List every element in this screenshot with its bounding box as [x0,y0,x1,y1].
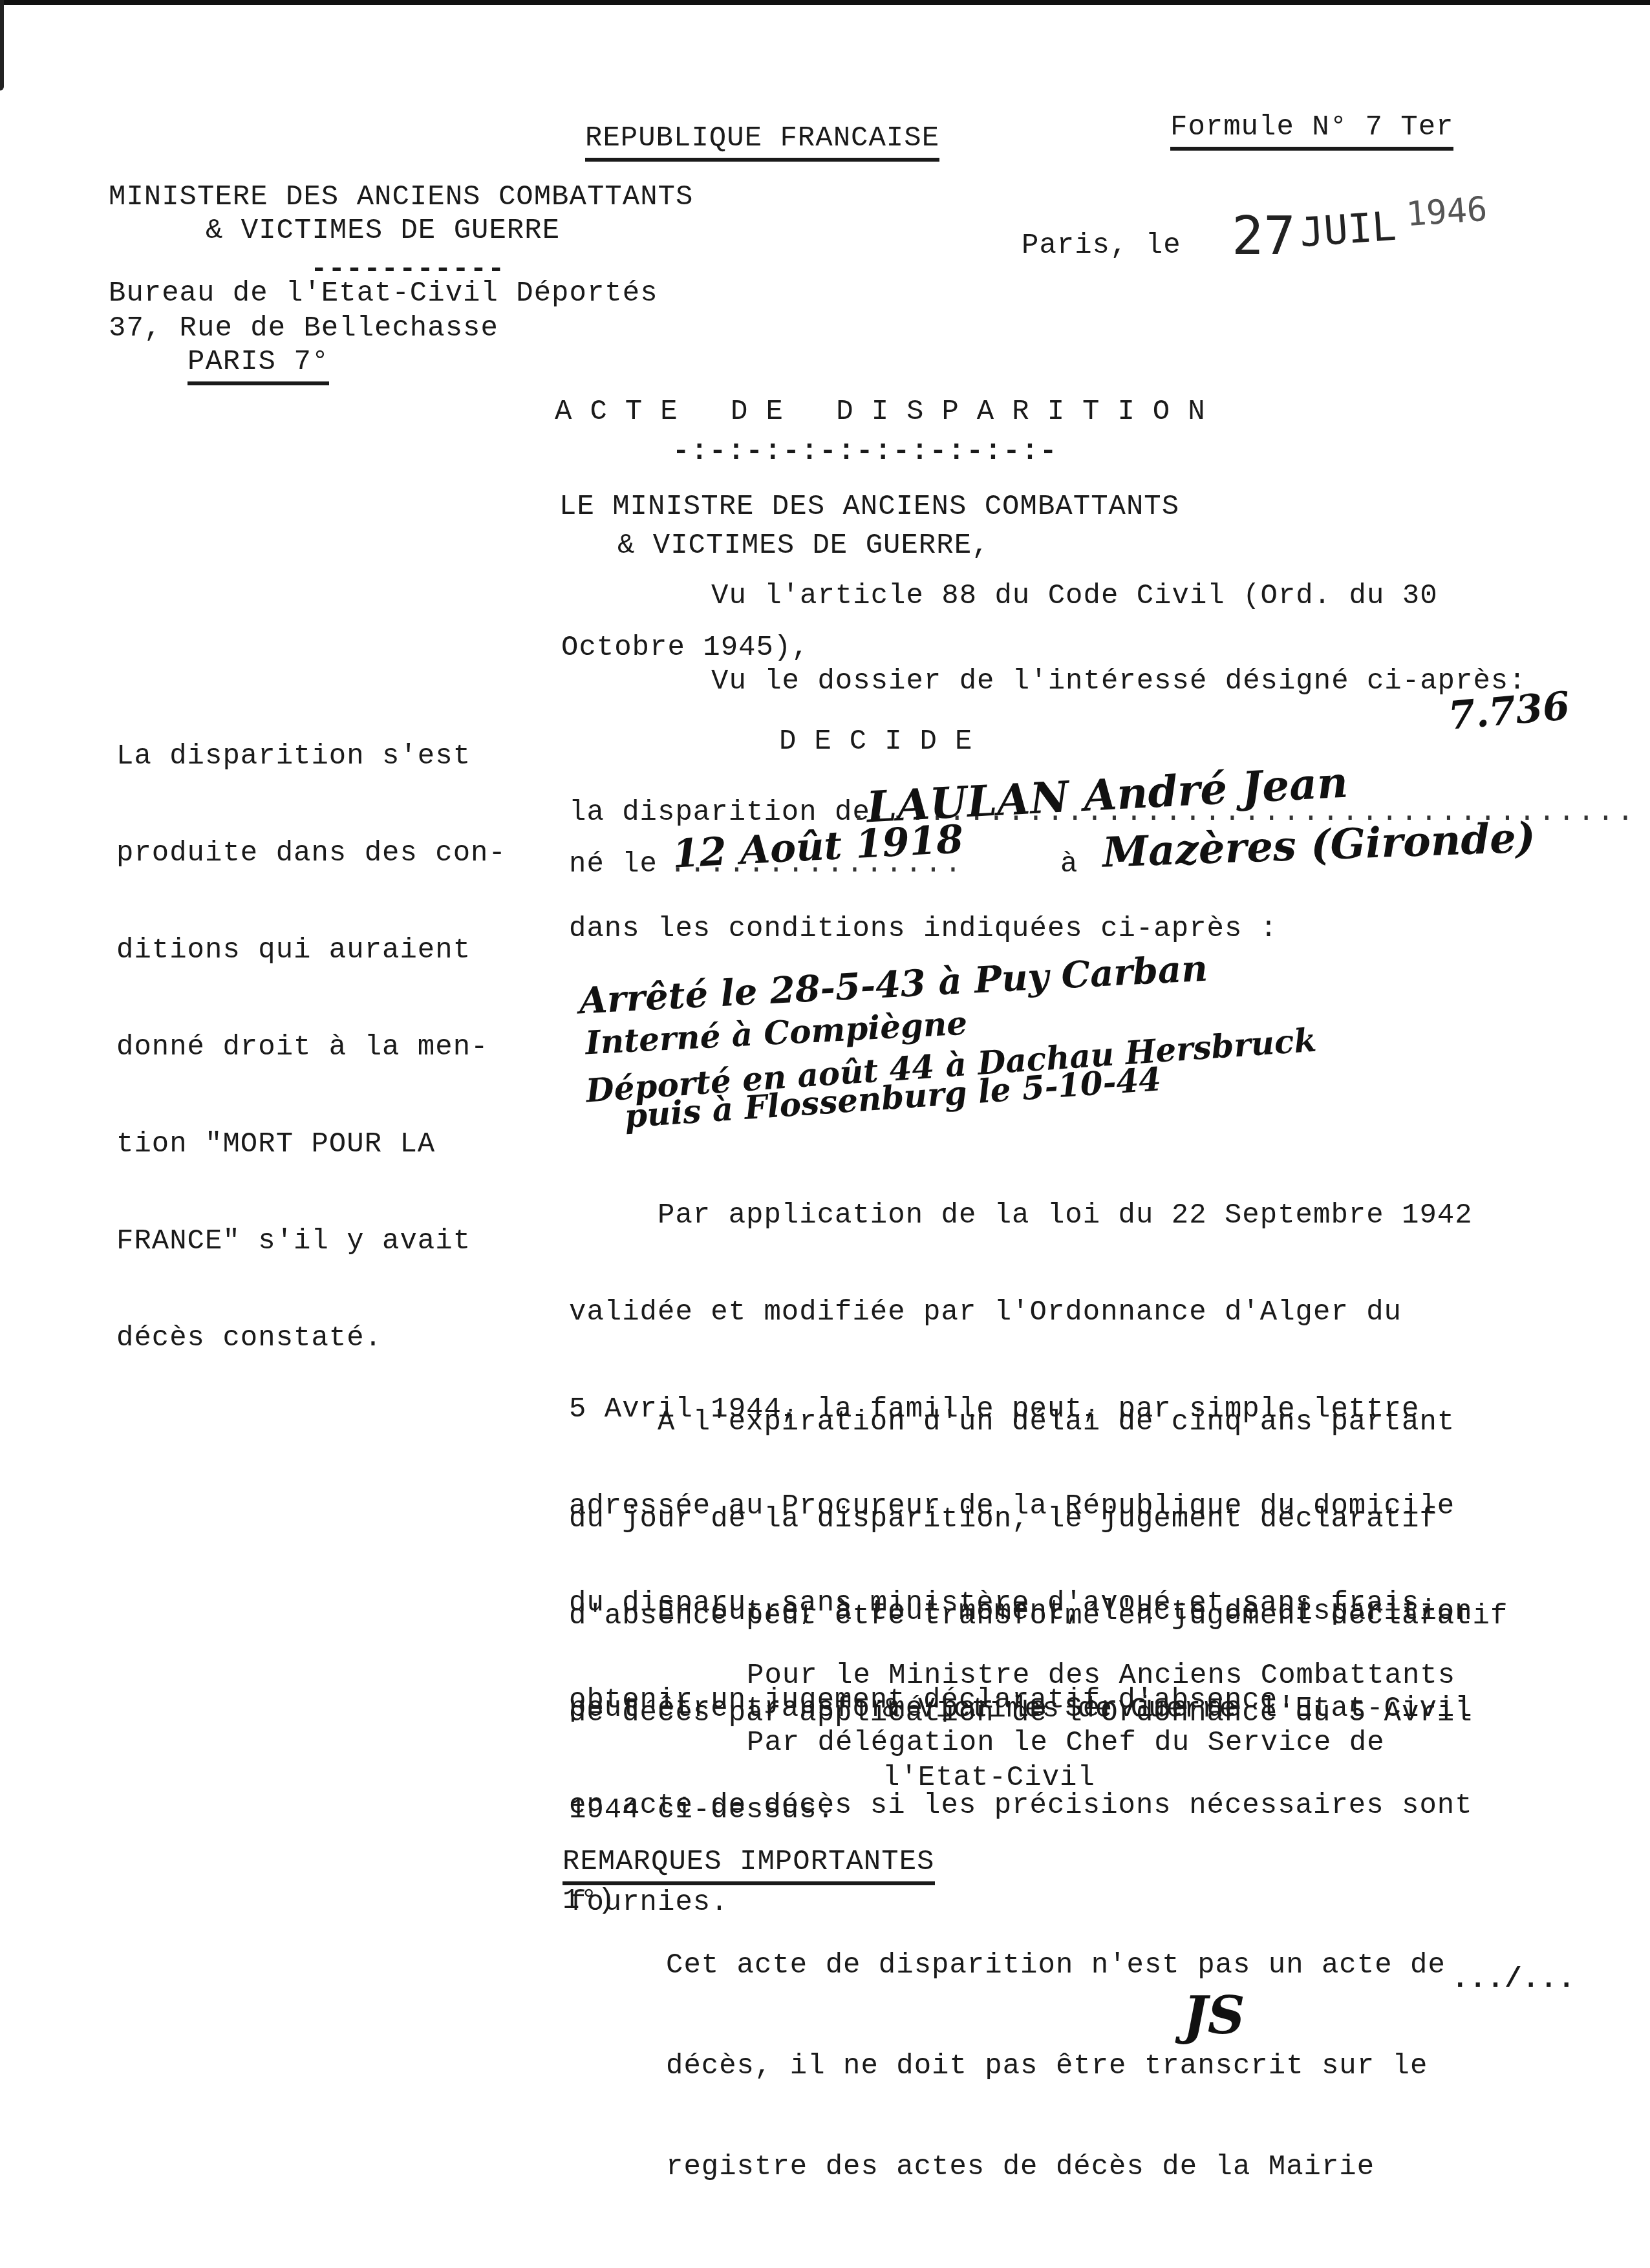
scan-top-edge [0,0,1650,5]
margin-note: La disparition s'est produite dans des c… [116,676,506,1419]
date-stamp-year: 1946 [1405,190,1488,235]
bureau-city: PARIS 7° [187,348,329,385]
document-page: REPUBLIQUE FRANCAISE Formule N° 7 Ter MI… [0,0,1650,2268]
continuation-mark: .../... [1452,1965,1576,1994]
remark-line: Cet acte de disparition n'est pas un act… [666,1949,1446,1982]
decide-word: DECIDE [779,727,990,756]
margin-note-line: produite dans des con- [116,837,506,870]
at-label: à [1060,850,1078,879]
margin-note-line: tion "MORT POUR LA [116,1128,506,1161]
dossier-number: 7.736 [1446,683,1571,739]
signature-line-3: Par délégation le Chef du Service de [747,1729,1385,1757]
scan-left-edge [0,0,4,91]
authority-line-1: LE MINISTRE DES ANCIENS COMBATTANTS [559,493,1179,521]
republic-heading: REPUBLIQUE FRANCAISE [585,124,939,162]
consideration-line-2: Octobre 1945), [561,634,809,662]
paragraph-line: Par application de la loi du 22 Septembr… [569,1199,1473,1232]
bureau-address: 37, Rue de Bellechasse [109,314,498,343]
signature-line-4: l'Etat-Civil [883,1764,1095,1792]
ministry-line-1: MINISTERE DES ANCIENS COMBATTANTS [109,183,693,211]
conditions-label: dans les conditions indiquées ci-après : [569,915,1278,943]
remark-1-marker: 1°) [562,1887,616,1915]
paragraph-line: en acte de décès si les précisions néces… [569,1790,1473,1822]
date-stamp-month: JUIL [1298,202,1398,256]
margin-note-line: donné droit à la men- [116,1031,506,1064]
disappearance-label: la disparition de [569,798,870,827]
consideration-line-1: Vu l'article 88 du Code Civil (Ord. du 3… [711,582,1438,610]
signature-line-2: & Victimes de Guerre [883,1695,1237,1724]
remarks-title: REMARQUES IMPORTANTES [562,1848,935,1885]
margin-note-line: FRANCE" s'il y avait [116,1225,506,1257]
date-stamp-day: 27 [1232,206,1296,267]
born-label: né le [569,850,658,879]
remark-line: registre des actes de décès de la Mairie [666,2150,1446,2184]
place-date-prefix: Paris, le [1022,231,1181,260]
remark-line: décès, il ne doit pas être transcrit sur… [666,2049,1446,2083]
form-number: Formule N° 7 Ter [1170,113,1453,151]
paragraph-line: En outre, à tout moment, l'acte de dispa… [569,1596,1473,1628]
margin-note-line: La disparition s'est [116,740,506,773]
handwritten-initials: JS [1183,1985,1245,2046]
margin-note-line: ditions qui auraient [116,934,506,967]
paragraph-line: validée et modifiée par l'Ordonnance d'A… [569,1296,1473,1329]
bureau-name: Bureau de l'Etat-Civil Déportés [109,279,658,308]
authority-line-2: & VICTIMES DE GUERRE, [617,531,990,560]
margin-note-line: décès constaté. [116,1322,506,1354]
paragraph-line: A l'expiration d'un délai de cinq ans pa… [569,1406,1508,1439]
ministry-line-2: & VICTIMES DE GUERRE [206,217,560,245]
consideration-line-3: Vu le dossier de l'intéressé désigné ci-… [711,667,1527,696]
document-title: ACTE DE DISPARITION [555,398,1223,426]
remark-1-text: Cet acte de disparition n'est pas un act… [666,1881,1446,2251]
signature-line-1: Pour le Ministre des Anciens Combattants [747,1662,1455,1690]
title-ornament: -:-:-:-:-:-:-:-:-:-:- [672,438,1058,466]
